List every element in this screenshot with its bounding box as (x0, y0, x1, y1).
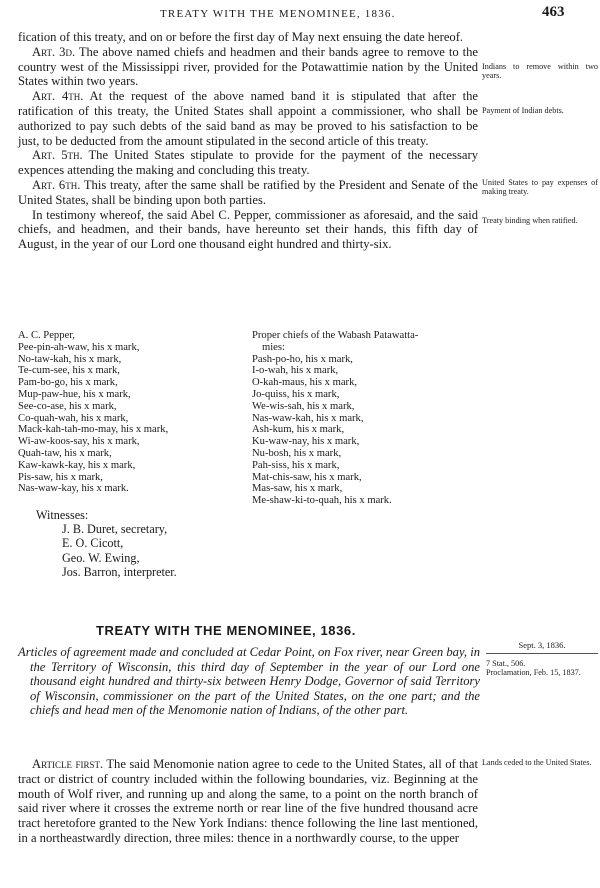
signatures-left-column: A. C. Pepper, Pee-pin-ah-waw, his x mark… (18, 330, 168, 495)
treaty-preamble: Articles of agreement made and concluded… (18, 645, 480, 718)
article-5-label: Art. 5th. (32, 148, 83, 162)
margin-note-article-6: Treaty binding when ratified. (482, 216, 598, 225)
treaty-section-title: TREATY WITH THE MENOMINEE, 1836. (96, 623, 356, 638)
signature: Jo-quiss, his x mark, (252, 389, 418, 401)
signature: Me-shaw-ki-to-quah, his x mark. (252, 495, 418, 507)
signature: Te-cum-see, his x mark, (18, 365, 168, 377)
signature: Pis-saw, his x mark, (18, 472, 168, 484)
testimony-paragraph: In testimony whereof, the said Abel C. P… (18, 208, 478, 252)
witness-name: E. O. Cicott, (62, 536, 177, 550)
margin-note-article-4: Payment of Indian debts. (482, 106, 598, 115)
signature: Mat-chis-saw, his x mark, (252, 472, 418, 484)
article-first-label: Article first. (32, 757, 103, 771)
signature: Co-quah-wah, his x mark, (18, 413, 168, 425)
side-note-date: Sept. 3, 1836. (486, 640, 598, 654)
signature: Mack-kah-tah-mo-may, his x mark, (18, 424, 168, 436)
document-page: TREATY WITH THE MENOMINEE, 1836. 463 fic… (0, 0, 600, 888)
signature: Mup-paw-hue, his x mark, (18, 389, 168, 401)
page-number: 463 (542, 4, 565, 21)
signature: Pam-bo-go, his x mark, (18, 377, 168, 389)
signature: O-kah-maus, his x mark, (252, 377, 418, 389)
signature: Pash-po-ho, his x mark, (252, 354, 418, 366)
signature: Nas-waw-kah, his x mark, (252, 413, 418, 425)
proclamation-date: Proclamation, Feb. 15, 1837. (486, 668, 598, 677)
signature: Kaw-kawk-kay, his x mark, (18, 460, 168, 472)
signatures-right-heading-cont: mies: (252, 342, 418, 354)
article-first-body: Article first. The said Menomonie nation… (18, 757, 478, 846)
statute-citation: 7 Stat., 506. (486, 659, 598, 668)
signature: See-co-ase, his x mark, (18, 401, 168, 413)
signatures-right-heading: Proper chiefs of the Wabash Patawatta- (252, 330, 418, 342)
signature: Mas-saw, his x mark, (252, 483, 418, 495)
article-6-label: Art. 6th. (32, 178, 80, 192)
margin-note-article-first: Lands ceded to the United States. (482, 758, 598, 767)
witness-name: Geo. W. Ewing, (62, 551, 177, 565)
article-6-text: This treaty, after the same shall be rat… (18, 178, 478, 207)
article-4-label: Art. 4th. (32, 89, 83, 103)
signature: Nas-waw-kay, his x mark. (18, 483, 168, 495)
article-3-text: The above named chiefs and headmen and t… (18, 45, 478, 89)
article-4: Art. 4th. At the request of the above na… (18, 89, 478, 148)
signature: Pah-siss, his x mark, (252, 460, 418, 472)
article-3: Art. 3d. The above named chiefs and head… (18, 45, 478, 89)
witnesses-block: Witnesses: J. B. Duret, secretary, E. O.… (36, 508, 177, 579)
treaty-body-continued: fication of this treaty, and on or befor… (18, 30, 478, 252)
paragraph-ratification-continued: fication of this treaty, and on or befor… (18, 30, 478, 45)
running-head: TREATY WITH THE MENOMINEE, 1836. 463 (0, 4, 600, 24)
witnesses-label: Witnesses: (36, 508, 177, 522)
signature: Ku-waw-nay, his x mark, (252, 436, 418, 448)
running-head-title: TREATY WITH THE MENOMINEE, 1836. (160, 8, 396, 20)
signatures-right-column: Proper chiefs of the Wabash Patawatta- m… (252, 330, 418, 507)
signature: Wi-aw-koos-say, his x mark, (18, 436, 168, 448)
side-note-statute: 7 Stat., 506. Proclamation, Feb. 15, 183… (486, 659, 598, 677)
margin-note-article-3: Indians to remove within two years. (482, 62, 598, 80)
signature: Pee-pin-ah-waw, his x mark, (18, 342, 168, 354)
article-4-text: At the request of the above named band i… (18, 89, 478, 147)
margin-note-article-5: United States to pay expenses of making … (482, 178, 598, 196)
signature: No-taw-kah, his x mark, (18, 354, 168, 366)
signature: I-o-wah, his x mark, (252, 365, 418, 377)
witness-name: Jos. Barron, interpreter. (62, 565, 177, 579)
preamble-text: Articles of agreement made and concluded… (18, 645, 480, 718)
article-6: Art. 6th. This treaty, after the same sh… (18, 178, 478, 208)
signature: Quah-taw, his x mark, (18, 448, 168, 460)
article-5-text: The United States stipulate to provide f… (18, 148, 478, 177)
signature: We-wis-sah, his x mark, (252, 401, 418, 413)
article-3-label: Art. 3d. (32, 45, 75, 59)
article-first: Article first. The said Menomonie nation… (18, 757, 478, 846)
signature: A. C. Pepper, (18, 330, 168, 342)
signature: Nu-bosh, his x mark, (252, 448, 418, 460)
signature: Ash-kum, his x mark, (252, 424, 418, 436)
article-5: Art. 5th. The United States stipulate to… (18, 148, 478, 178)
witness-name: J. B. Duret, secretary, (62, 522, 177, 536)
